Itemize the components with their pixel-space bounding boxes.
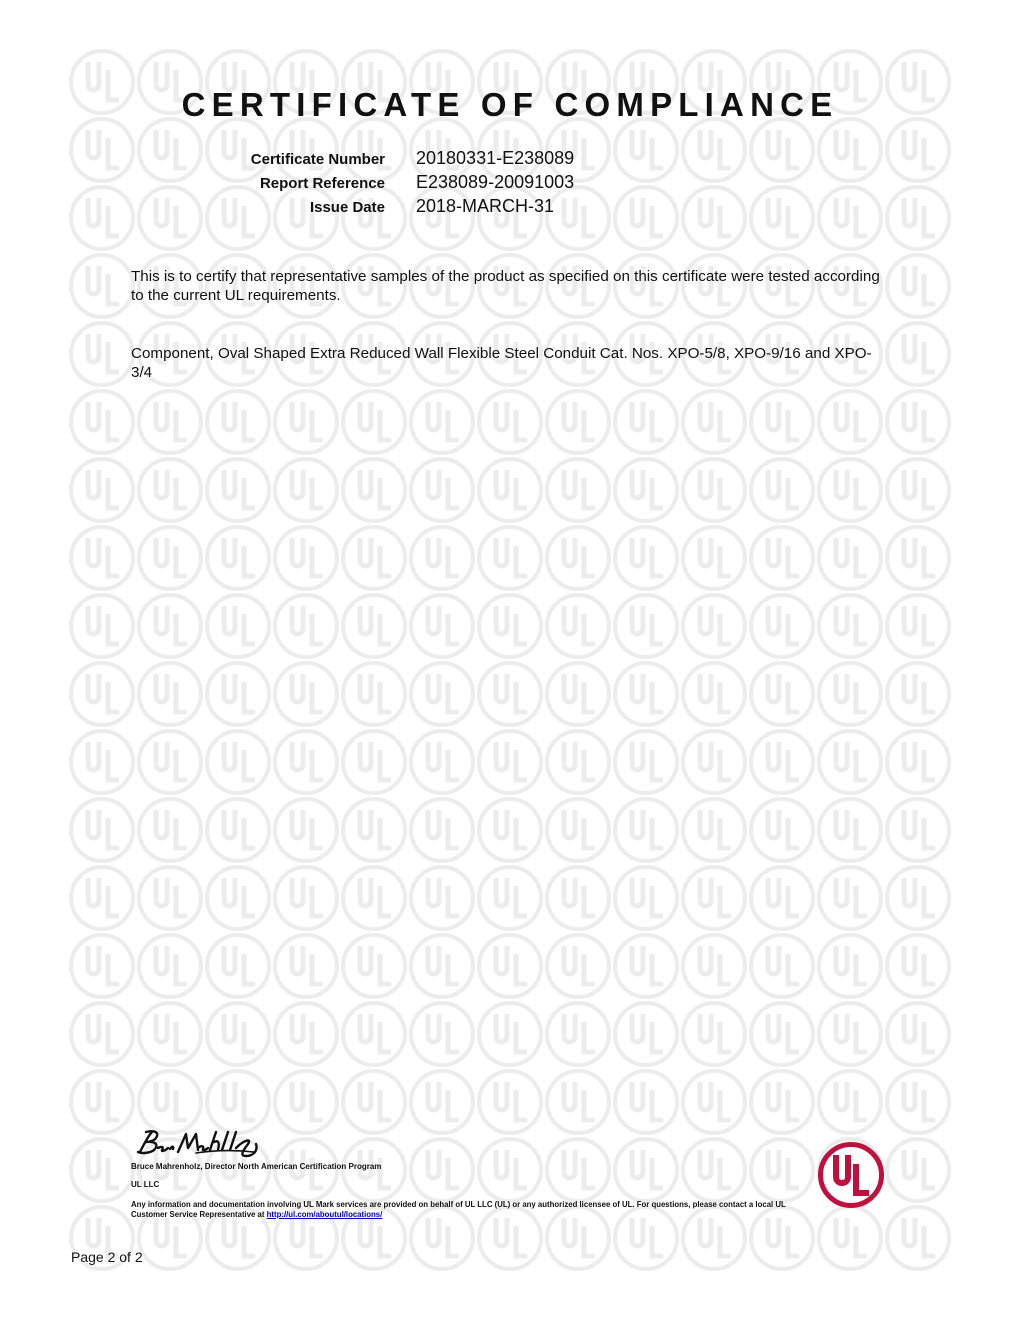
page-number: Page 2 of 2	[71, 1249, 143, 1265]
field-label: Certificate Number	[251, 151, 385, 168]
product-description: Component, Oval Shaped Extra Reduced Wal…	[131, 344, 891, 382]
certificate-title: CERTIFICATE OF COMPLIANCE	[0, 86, 1020, 124]
company-name: UL LLC	[131, 1180, 159, 1189]
field-value: 2018-MARCH-31	[416, 196, 554, 217]
field-certificate-number: Certificate Number 20180331-E238089	[0, 148, 1020, 172]
signer-name: Bruce Mahrenholz, Director North America…	[131, 1162, 381, 1171]
field-value: 20180331-E238089	[416, 148, 574, 169]
certificate-fields: Certificate Number 20180331-E238089 Repo…	[0, 148, 1020, 220]
disclaimer: Any information and documentation involv…	[131, 1200, 791, 1220]
field-report-reference: Report Reference E238089-20091003	[0, 172, 1020, 196]
locations-link[interactable]: http://ul.com/aboutul/locations/	[267, 1210, 383, 1219]
signature-icon	[136, 1128, 261, 1163]
field-label: Issue Date	[310, 199, 385, 216]
disclaimer-text: Any information and documentation involv…	[131, 1200, 786, 1219]
ul-logo-icon	[817, 1141, 885, 1214]
field-value: E238089-20091003	[416, 172, 574, 193]
field-issue-date: Issue Date 2018-MARCH-31	[0, 196, 1020, 220]
field-label: Report Reference	[260, 175, 385, 192]
certification-statement: This is to certify that representative s…	[131, 267, 891, 305]
